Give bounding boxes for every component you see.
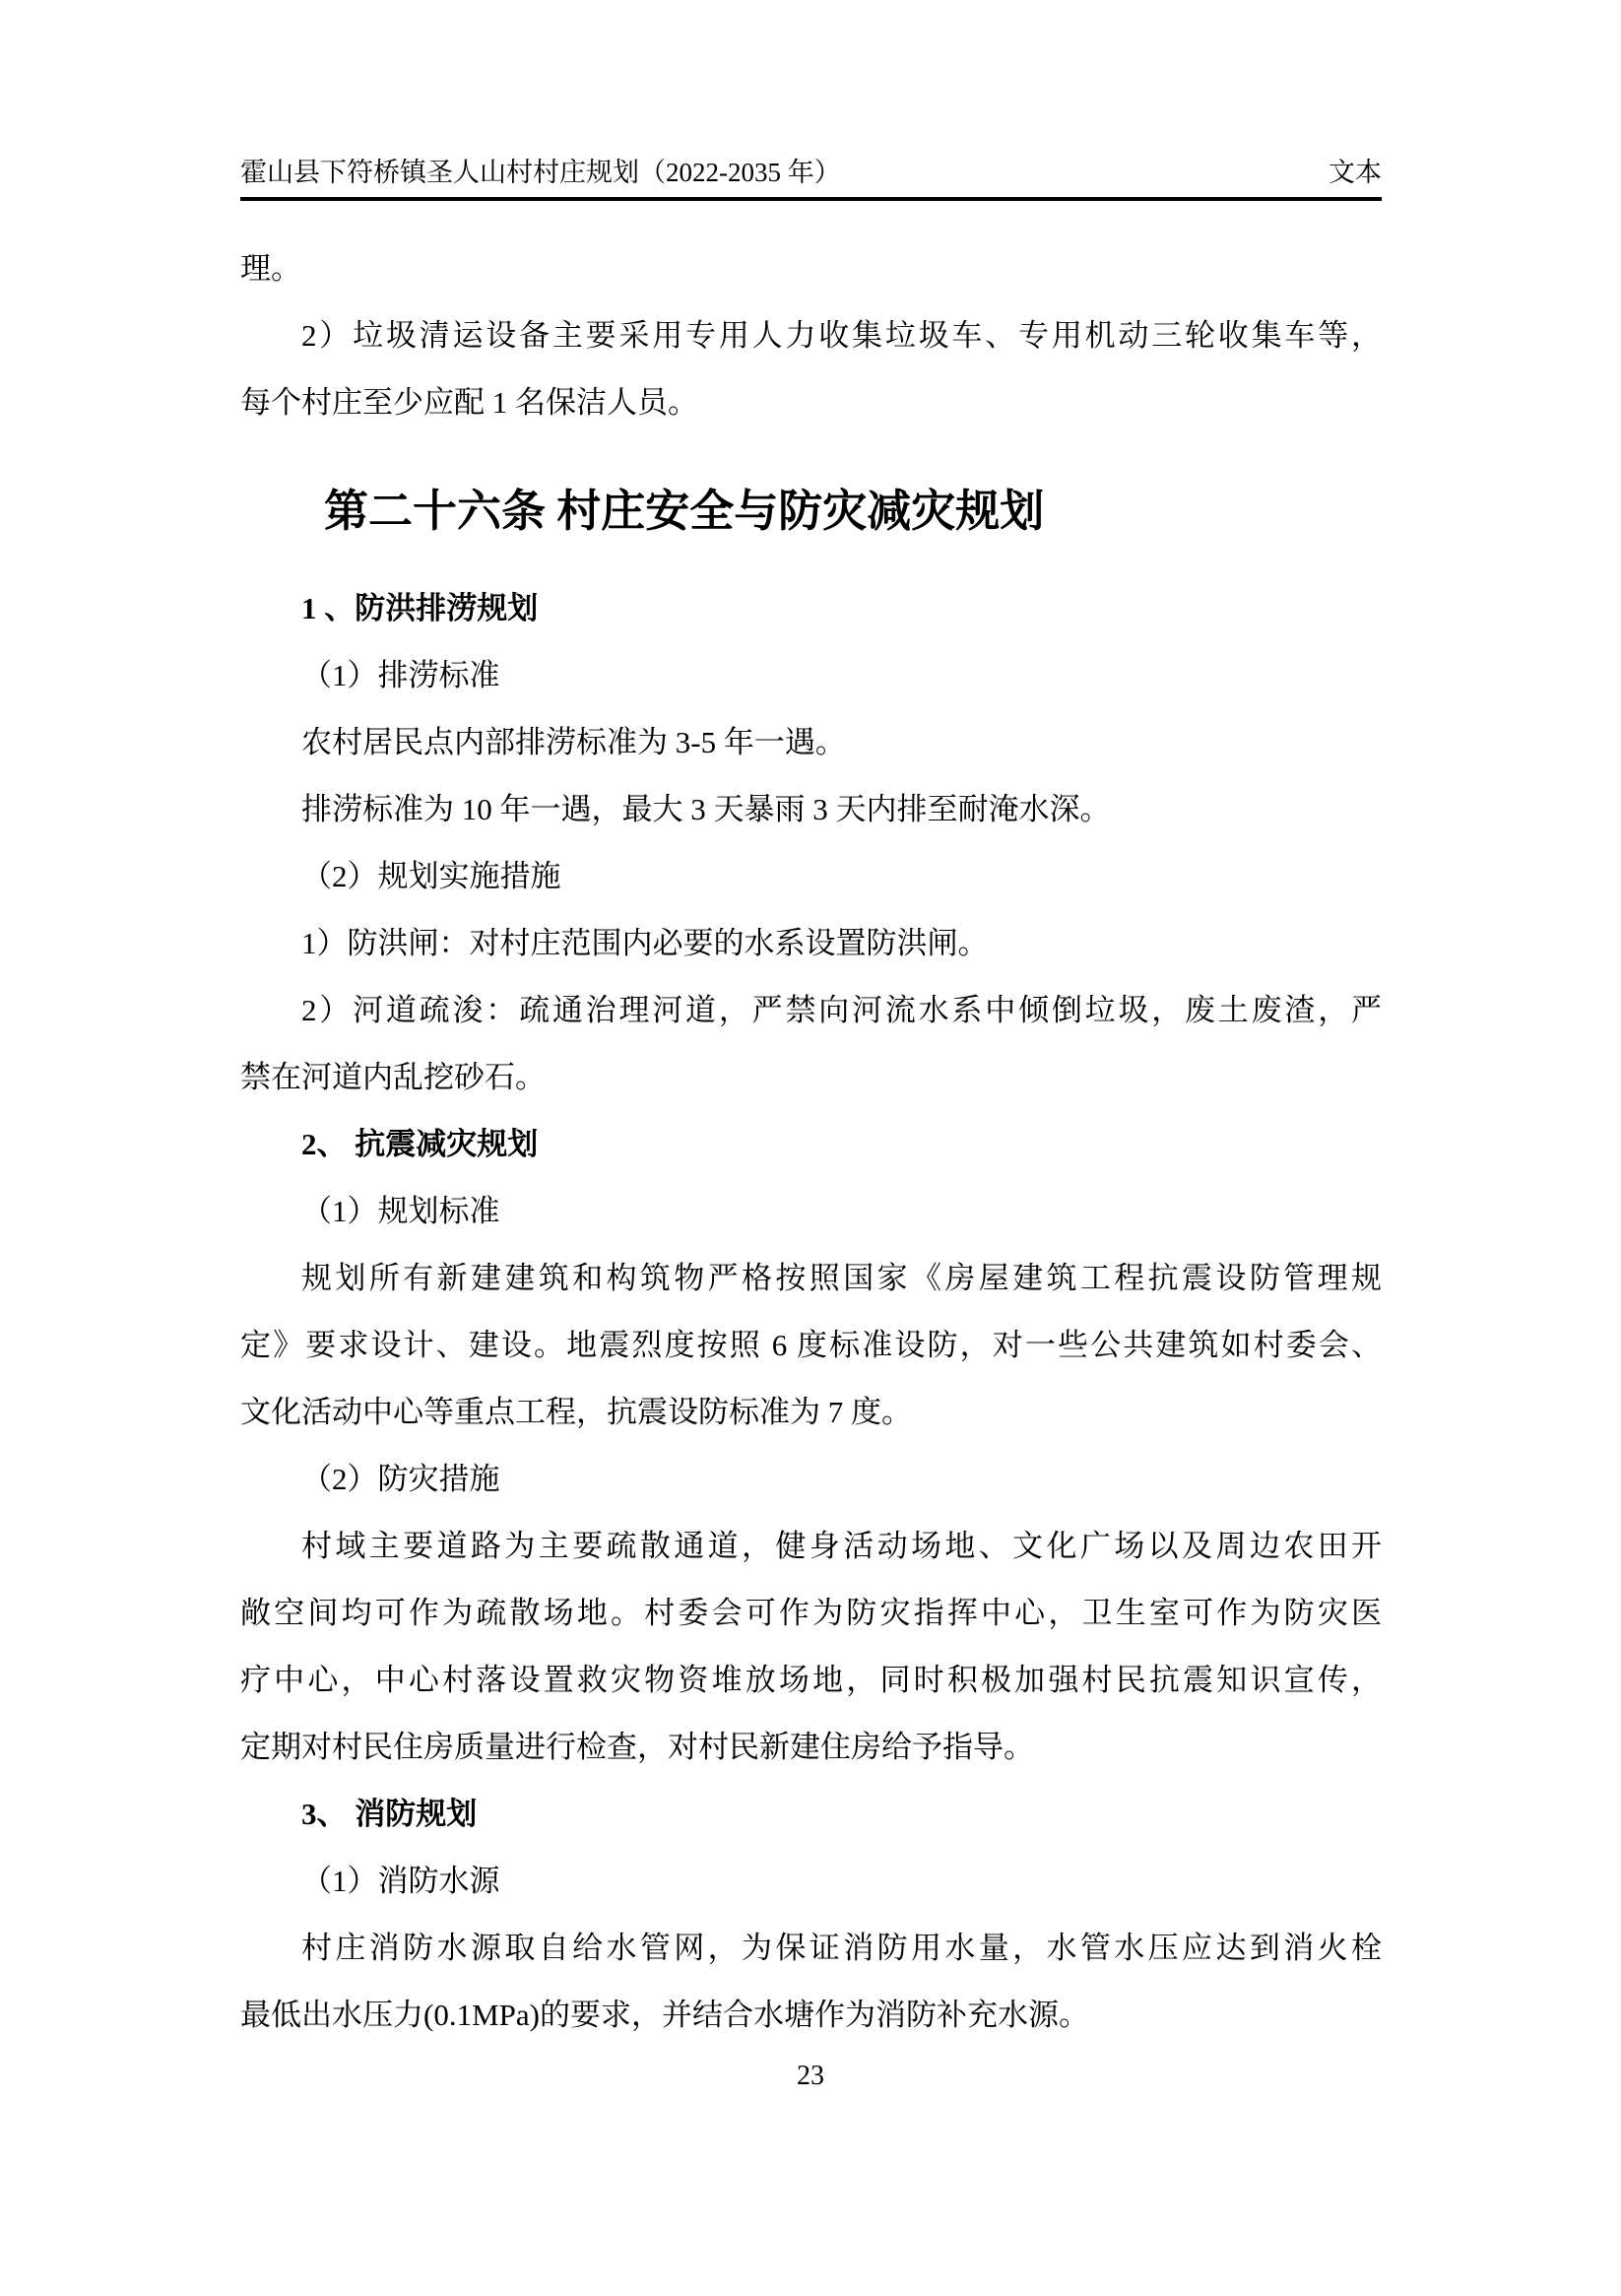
paragraph-line: 理。 bbox=[240, 235, 1382, 302]
paragraph-line: （1）规划标准 bbox=[240, 1178, 1382, 1245]
subsection-heading: 1 、防洪排涝规划 bbox=[240, 575, 1382, 642]
paragraph-line: 禁在河道内乱挖砂石。 bbox=[240, 1044, 1382, 1111]
paragraph-line: （1）消防水源 bbox=[240, 1848, 1382, 1915]
subsection-heading: 2、 抗震减灾规划 bbox=[240, 1111, 1382, 1178]
paragraph-line: 每个村庄至少应配 1 名保洁人员。 bbox=[240, 369, 1382, 436]
paragraph-line: 农村居民点内部排涝标准为 3-5 年一遇。 bbox=[240, 709, 1382, 776]
document-page: 霍山县下符桥镇圣人山村村庄规划（2022-2035 年） 文本 理。 2）垃圾清… bbox=[0, 0, 1621, 2296]
page-header: 霍山县下符桥镇圣人山村村庄规划（2022-2035 年） 文本 bbox=[240, 156, 1382, 201]
document-body: 理。 2）垃圾清运设备主要采用专用人力收集垃圾车、专用机动三轮收集车等， 每个村… bbox=[240, 235, 1382, 2049]
section-heading: 第二十六条 村庄安全与防灾减灾规划 bbox=[240, 456, 1382, 566]
paragraph-line: 2）垃圾清运设备主要采用专用人力收集垃圾车、专用机动三轮收集车等， bbox=[240, 302, 1382, 369]
paragraph-line: 文化活动中心等重点工程，抗震设防标准为 7 度。 bbox=[240, 1379, 1382, 1446]
paragraph-line: 疗中心，中心村落设置救灾物资堆放场地，同时积极加强村民抗震知识宣传， bbox=[240, 1647, 1382, 1714]
paragraph-line: 村域主要道路为主要疏散通道，健身活动场地、文化广场以及周边农田开 bbox=[240, 1513, 1382, 1580]
paragraph-line: 村庄消防水源取自给水管网，为保证消防用水量，水管水压应达到消火栓 bbox=[240, 1915, 1382, 1982]
paragraph-line: 定期对村民住房质量进行检查，对村民新建住房给予指导。 bbox=[240, 1714, 1382, 1781]
paragraph-line: 2）河道疏浚：疏通治理河道，严禁向河流水系中倾倒垃圾，废土废渣，严 bbox=[240, 977, 1382, 1044]
paragraph-line: 定》要求设计、建设。地震烈度按照 6 度标准设防，对一些公共建筑如村委会、 bbox=[240, 1312, 1382, 1379]
paragraph-line: （2）规划实施措施 bbox=[240, 843, 1382, 910]
paragraph-line: 最低出水压力(0.1MPa)的要求，并结合水塘作为消防补充水源。 bbox=[240, 1982, 1382, 2049]
paragraph-line: 1）防洪闸：对村庄范围内必要的水系设置防洪闸。 bbox=[240, 910, 1382, 977]
paragraph-line: 规划所有新建建筑和构筑物严格按照国家《房屋建筑工程抗震设防管理规 bbox=[240, 1245, 1382, 1312]
subsection-heading: 3、 消防规划 bbox=[240, 1781, 1382, 1848]
header-doc-type: 文本 bbox=[1329, 156, 1382, 189]
paragraph-line: （1）排涝标准 bbox=[240, 642, 1382, 709]
paragraph-line: （2）防灾措施 bbox=[240, 1446, 1382, 1513]
page-footer: 23 bbox=[0, 2057, 1621, 2096]
page-number: 23 bbox=[797, 2061, 824, 2091]
header-doc-title: 霍山县下符桥镇圣人山村村庄规划（2022-2035 年） bbox=[240, 156, 841, 189]
paragraph-line: 敞空间均可作为疏散场地。村委会可作为防灾指挥中心，卫生室可作为防灾医 bbox=[240, 1580, 1382, 1647]
paragraph-line: 排涝标准为 10 年一遇，最大 3 天暴雨 3 天内排至耐淹水深。 bbox=[240, 776, 1382, 843]
